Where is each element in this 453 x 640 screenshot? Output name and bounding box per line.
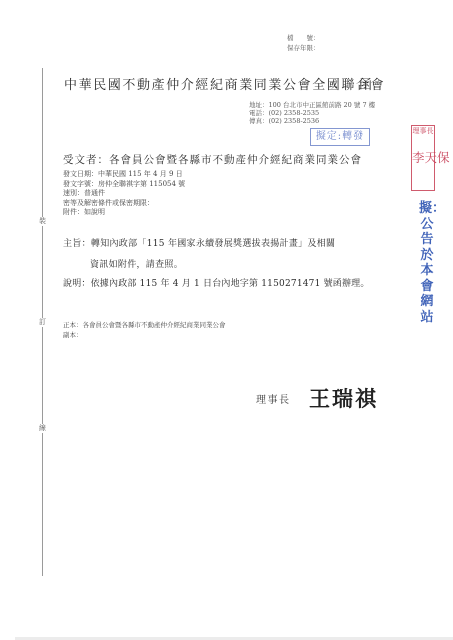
subject-line-2: 資訊如附件，請查照。	[63, 255, 335, 276]
handwritten-note: 擬：公告於本會網站	[419, 201, 435, 325]
original-copy: 正本：各會員公會暨各縣市不動產仲介經紀商業同業公會	[63, 320, 226, 330]
file-number-label: 檔 號：	[287, 34, 320, 42]
red-chairman-seal: 理事長 李天保	[411, 125, 435, 191]
binding-char-ding: 訂	[38, 318, 47, 327]
binding-char-zhuang: 裝	[38, 217, 47, 226]
confidentiality: 密等及解密條件或保密期限：	[63, 199, 185, 209]
blue-stamp-draft-forward: 擬定:轉發	[310, 128, 370, 146]
distribution-block: 正本：各會員公會暨各縣市不動產仲介經紀商業同業公會 副本：	[63, 320, 226, 340]
phone-line: 電話：(02) 2358-2535	[249, 109, 375, 117]
recipient: 受文者：各會員公會暨各縣市不動產仲介經紀商業同業公會	[63, 152, 362, 167]
issue-date: 發文日期：中華民國 115 年 4 月 9 日	[63, 170, 185, 180]
doc-number: 發文字號：房仲全聯祺字第 115054 號	[63, 180, 185, 190]
address-line: 地址：100 台北市中正區館前路 20 號 7 樓	[249, 101, 375, 109]
attachment: 附件：如說明	[63, 208, 185, 218]
binding-char-xian: 線	[38, 424, 47, 433]
urgency: 速別：普通件	[63, 189, 185, 199]
meta-block: 發文日期：中華民國 115 年 4 月 9 日 發文字號：房仲全聯祺字第 115…	[63, 170, 185, 218]
contact-block: 地址：100 台北市中正區館前路 20 號 7 樓 電話：(02) 2358-2…	[249, 101, 375, 125]
seal-role: 理事長	[412, 128, 434, 136]
retention-label: 保存年限：	[287, 44, 320, 52]
seal-name: 李天保	[412, 151, 434, 164]
signature-title: 理事長	[256, 391, 291, 406]
fax-line: 傳真：(02) 2358-2536	[249, 117, 375, 125]
carbon-copy: 副本：	[63, 330, 226, 340]
document-title: 中華民國不動產仲介經紀商業同業公會全國聯合會	[64, 74, 385, 93]
subject-block: 主旨：轉知內政部「115 年國家永續發展獎選拔表揚計畫」及相關 資訊如附件，請查…	[63, 234, 335, 276]
subject-line-1: 轉知內政部「115 年國家永續發展獎選拔表揚計畫」及相關	[91, 239, 335, 249]
signature-name: 王瑞祺	[309, 383, 378, 413]
explanation: 說明：依據內政部 115 年 4 月 1 日台內地字第 1150271471 號…	[63, 276, 370, 289]
document-type: 函	[359, 74, 372, 93]
subject-label: 主旨：	[63, 239, 91, 249]
